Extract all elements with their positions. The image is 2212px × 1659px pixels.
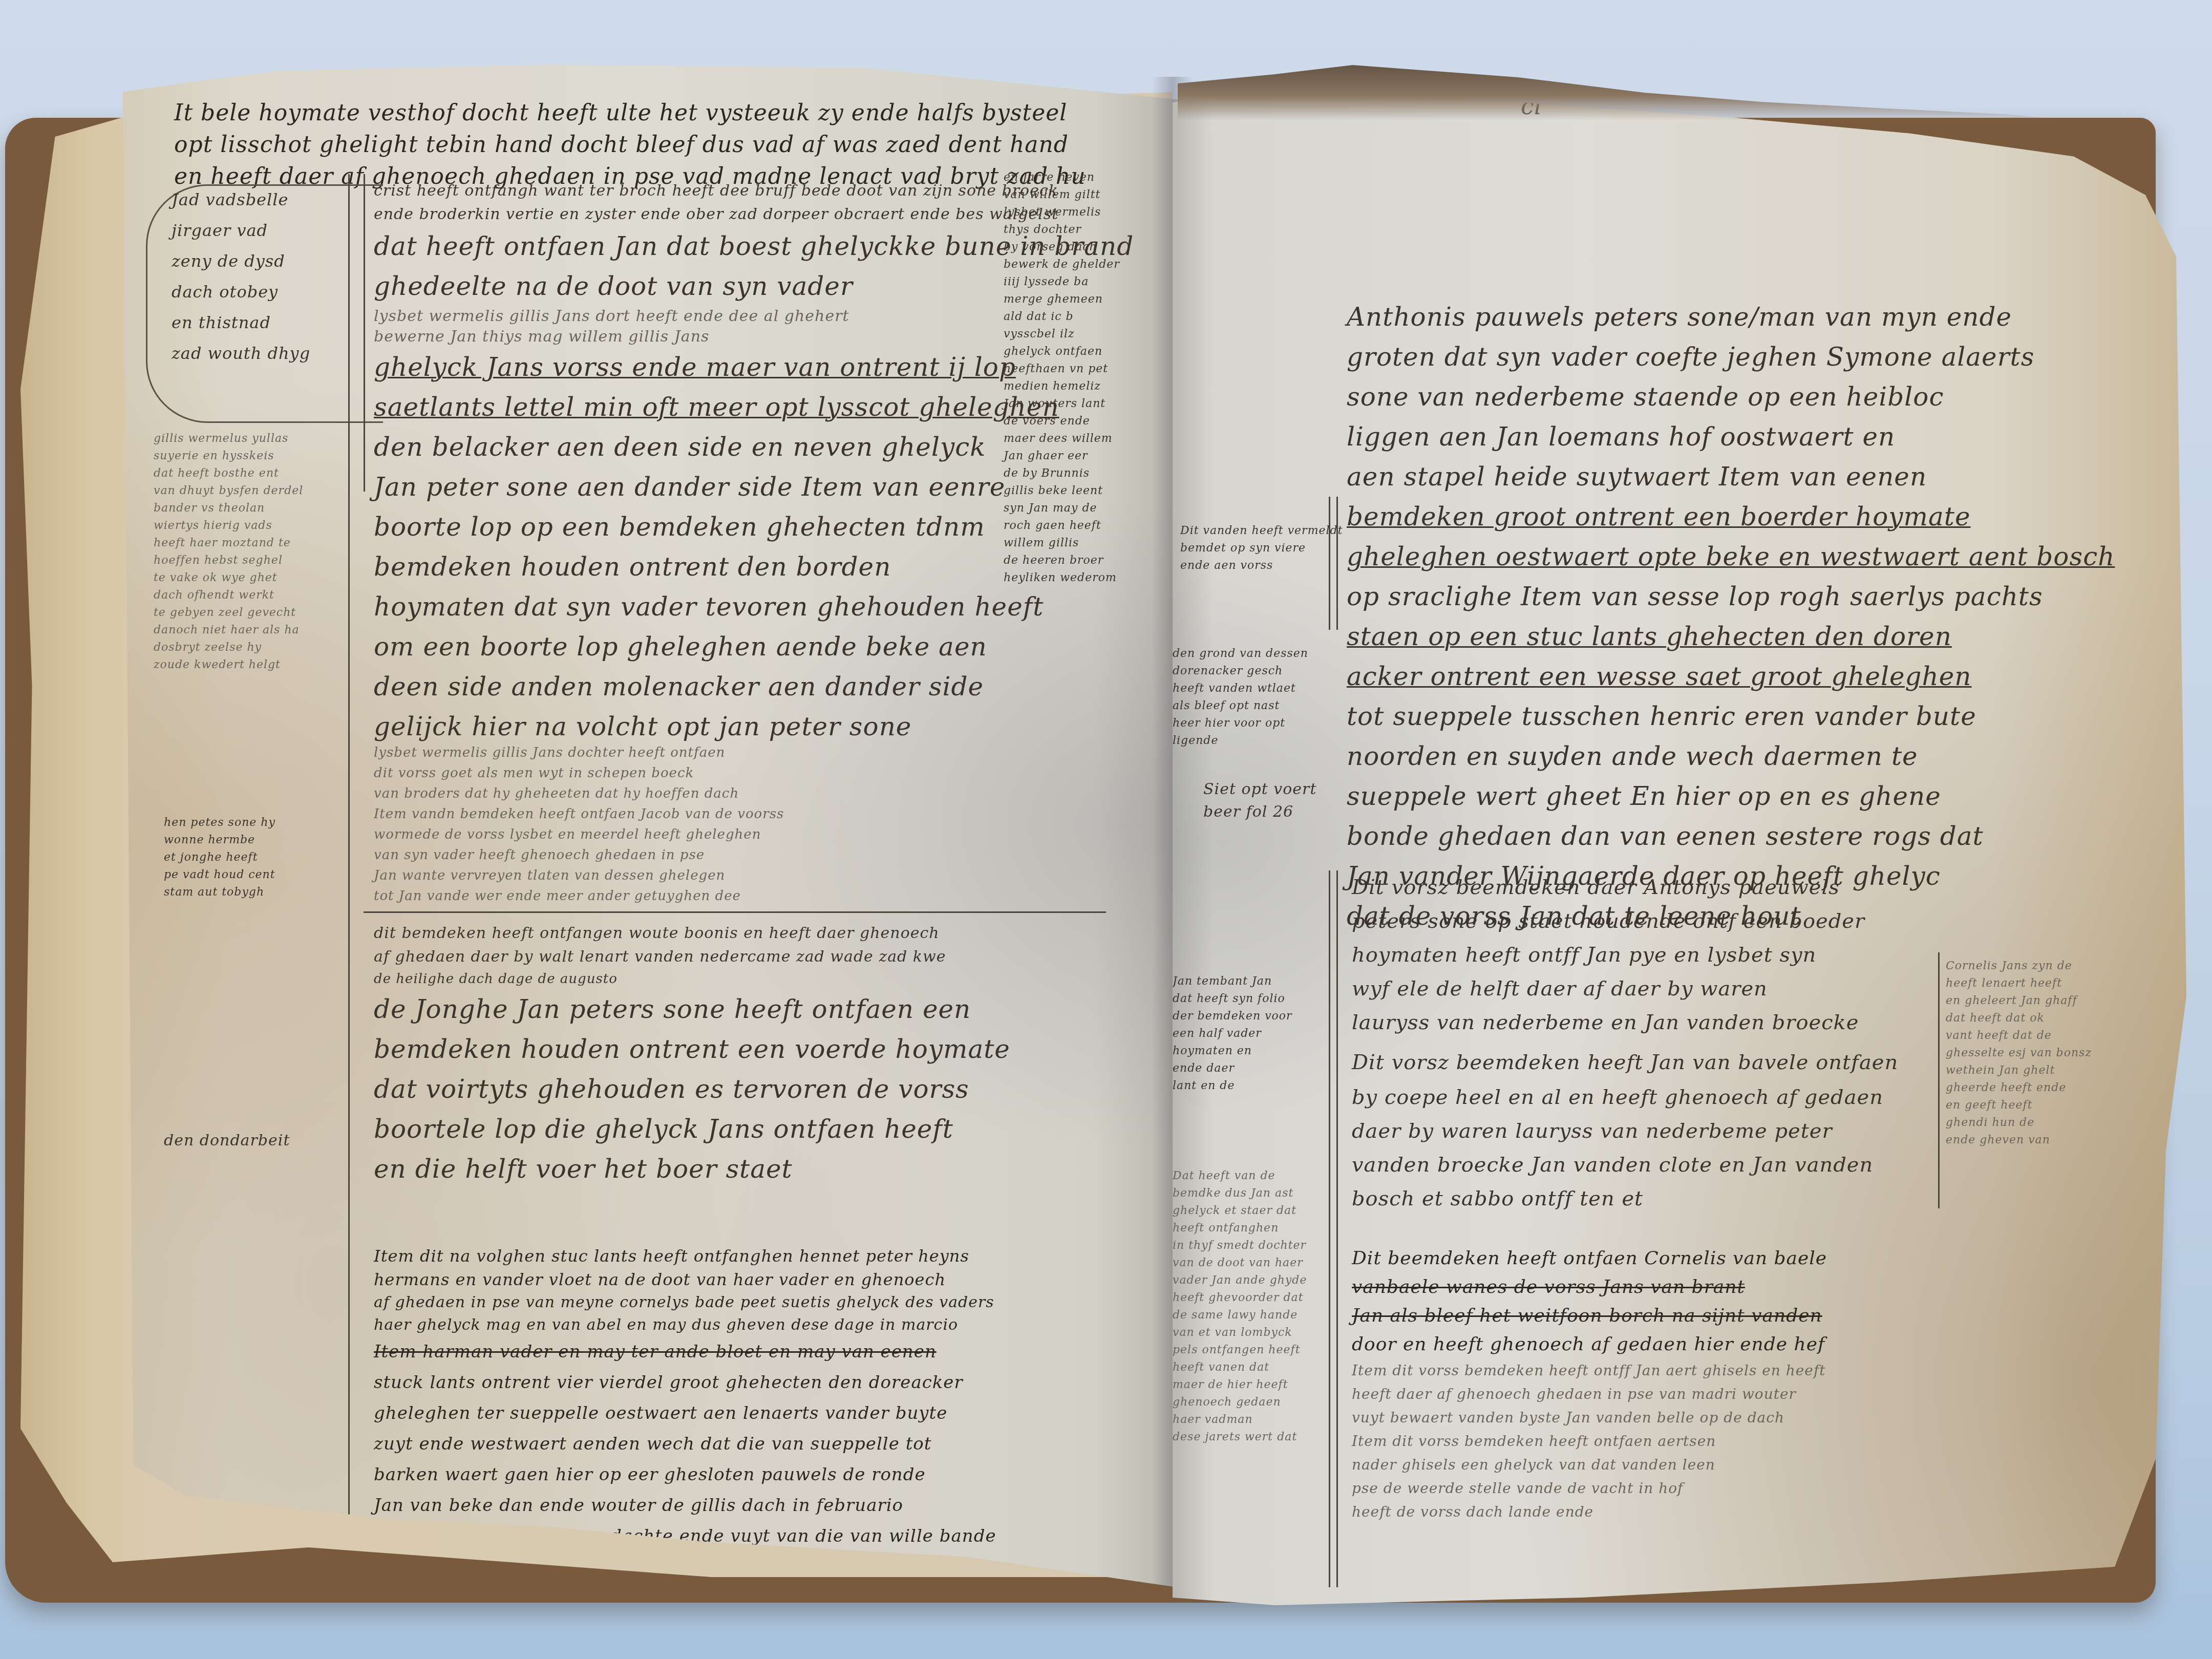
- entry-line: gheleghen ter sueppelle oestwaert aen le…: [374, 1398, 996, 1429]
- entry-line: hoymaten heeft ontff Jan pye en lysbet s…: [1352, 938, 1898, 972]
- margin-line: dat heeft syn folio: [1173, 990, 1292, 1008]
- margin-line: heeft ontfanghen: [1173, 1220, 1307, 1237]
- gutter-line: willem gillis: [1004, 535, 1120, 552]
- gutter-line: gillis beke leent: [1004, 482, 1120, 500]
- entry-line: noorden en suyden ande wech daermen te: [1347, 736, 2115, 776]
- entry-line-underlined: gheleghen oestwaert opte beke en westwae…: [1347, 537, 2115, 577]
- margin-line: hen petes sone hy: [164, 814, 275, 832]
- gutter-line: lysbet wermelis: [1004, 204, 1120, 221]
- entry-line: gelijck hier na volcht opt jan peter son…: [374, 707, 1134, 747]
- gutter-line: ghelyck ontfaen: [1004, 343, 1120, 360]
- gutter-line: by vorseg dach: [1004, 239, 1120, 256]
- entry-3: dit bemdeken heeft ontfangen woute booni…: [374, 922, 1010, 1189]
- gutter-line: merge ghemeen: [1004, 291, 1120, 308]
- margin-line: wethein Jan ghelt: [1946, 1062, 2092, 1079]
- margin-line: beer fol 26: [1203, 801, 1317, 823]
- entry-line: sone van nederbeme staende op een heiblo…: [1347, 377, 2115, 417]
- gutter-line: medien hemeliz: [1004, 378, 1120, 395]
- header-line: It bele hoymate vesthof docht heeft ulte…: [174, 97, 1086, 129]
- margin-note-lower-left: Jan tembant Jan dat heeft syn folio der …: [1173, 973, 1292, 1095]
- margin-note-middle-left: den grond van dessen dorenacker gesch he…: [1173, 645, 1308, 750]
- margin-line: gheerde heeft ende: [1946, 1079, 2092, 1097]
- margin-line: en geeft heeft: [1946, 1097, 2092, 1114]
- gutter-line: de by Brunnis: [1004, 465, 1120, 482]
- entry-line: boortele lop die ghelyck Jans ontfaen he…: [374, 1109, 1010, 1149]
- margin-line: danoch niet haer als ha: [154, 622, 303, 639]
- gutter-line: heefthaen vn pet: [1004, 360, 1120, 378]
- margin-note-top: Jad vadsbelle jirgaer vad zeny de dysd d…: [172, 184, 310, 369]
- entry-separator: [364, 911, 1106, 913]
- entry-line: Dit vorsz beemdeken heeft Jan van bavele…: [1352, 1045, 1898, 1080]
- gutter-line: syn Jan may de: [1004, 500, 1120, 517]
- entry-line: van syn vader heeft ghenoech ghedaen in …: [374, 845, 784, 865]
- margin-line: de same lawy hande: [1173, 1307, 1307, 1324]
- margin-line: dat heeft dat ok: [1946, 1010, 2092, 1027]
- entry-line: dit vorss goet als men wyt in schepen bo…: [374, 763, 784, 783]
- entry-line: Dit vorsz beemdeken daer Antonys paeuwel…: [1352, 870, 1898, 904]
- margin-line: Cornelis Jans zyn de: [1946, 958, 2092, 975]
- margin-rule: [348, 174, 350, 1531]
- entry-line: heeft daer af ghenoech ghedaen in pse va…: [1352, 1382, 1827, 1406]
- entry-2: lysbet wermelis gillis Jans dochter heef…: [374, 742, 784, 906]
- entry-line: liggen aen Jan loemans hof oostwaert en: [1347, 417, 2115, 457]
- margin-line: bander vs theolan: [154, 500, 303, 517]
- entry-line: de heilighe dach dage de augusto: [374, 969, 1010, 989]
- entry-line: heeft de vorss dach lande ende: [1352, 1500, 1827, 1524]
- entry-line: af ghedaen daer by walt lenart vanden ne…: [374, 945, 1010, 969]
- entry-line: deen side anden molenacker aen dander si…: [374, 667, 1134, 707]
- entry-line: Item vandn bemdeken heeft ontfaen Jacob …: [374, 804, 784, 824]
- margin-note-lower: hen petes sone hy wonne hermbe et jonghe…: [164, 814, 275, 901]
- burnt-page-edge: [1178, 59, 2151, 120]
- entry-line: om een boorte lop gheleghen aende beke a…: [374, 627, 1134, 667]
- margin-rule: [1938, 952, 1940, 1208]
- entry-line: barken waert gaen hier op eer ghesloten …: [374, 1459, 996, 1490]
- margin-line: der bemdeken voor: [1173, 1008, 1292, 1025]
- gutter-column: en Jarre neven van willem giltt lysbet w…: [1004, 169, 1120, 587]
- margin-line: stam aut tobygh: [164, 884, 275, 901]
- entry-line: daer by waren lauryss van nederbeme pete…: [1352, 1114, 1898, 1148]
- margin-line: vader Jan ande ghyde: [1173, 1272, 1307, 1289]
- margin-line: te gebyen zeel gevecht: [154, 604, 303, 622]
- gutter-line: de heeren broer: [1004, 552, 1120, 569]
- margin-line: dorenacker gesch: [1173, 663, 1308, 680]
- margin-line: ende gheven van: [1946, 1132, 2092, 1149]
- margin-line: ghendi hun de: [1946, 1114, 2092, 1132]
- entry-line: aen stapel heide suytwaert Item van eene…: [1347, 457, 2115, 497]
- entry-line: Anthonis pauwels peters sone/man van myn…: [1347, 297, 2115, 337]
- margin-line: haer vadman: [1173, 1411, 1307, 1429]
- margin-rule: [364, 174, 365, 492]
- margin-line: pe vadt houd cent: [164, 866, 275, 884]
- open-manuscript: It bele hoymate vesthof docht heeft ulte…: [0, 0, 2212, 1659]
- gutter-line: heyliken wederom: [1004, 569, 1120, 587]
- margin-line: gillis wermelus yullas: [154, 430, 303, 448]
- margin-line: ghenoech gedaen: [1173, 1394, 1307, 1411]
- entry-line-struck: vanbaele wanes de vorss Jans van brant: [1352, 1273, 1827, 1302]
- margin-line: wonne hermbe: [164, 832, 275, 849]
- margin-line: dese jarets wert dat: [1173, 1429, 1307, 1446]
- entry-line: vanden broecke Jan vanden clote en Jan v…: [1352, 1148, 1898, 1182]
- right-entry-3: Dit beemdeken heeft ontfaen Cornelis van…: [1352, 1244, 1827, 1524]
- margin-line: van de doot van haer: [1173, 1254, 1307, 1272]
- margin-note-mid: gillis wermelus yullas suyerie en hysske…: [154, 430, 303, 674]
- margin-line: dat heeft bosthe ent: [154, 465, 303, 482]
- entry-line: Item dit vorss bemdeken heeft ontff Jan …: [1352, 1359, 1827, 1382]
- entry-line: Item dit vorss bemdeken heeft ontfaen ae…: [1352, 1430, 1827, 1453]
- header-line: opt lisschot ghelight tebin hand docht b…: [174, 129, 1086, 161]
- margin-line: Jad vadsbelle: [172, 184, 310, 215]
- margin-line: Jan tembant Jan: [1173, 973, 1292, 990]
- margin-line: hoeffen hebst seghel: [154, 552, 303, 569]
- margin-note-bottom-left: Dat heeft van de bemdke dus Jan ast ghel…: [1173, 1167, 1307, 1446]
- entry-line: bonde ghedaen dan van eenen sestere rogs…: [1347, 816, 2115, 856]
- entry-line: by coepe heel en al en heeft ghenoech af…: [1352, 1080, 1898, 1114]
- entry-line: op sraclighe Item van sesse lop rogh sae…: [1347, 577, 2115, 616]
- entry-line-underlined: acker ontrent een wesse saet groot ghele…: [1347, 656, 2115, 696]
- margin-line: pels ontfangen heeft: [1173, 1342, 1307, 1359]
- gutter-line: bewerk de ghelder: [1004, 256, 1120, 273]
- entry-line: tot sueppele tusschen henric eren vander…: [1347, 696, 2115, 736]
- margin-line: bemdet op syn viere: [1180, 540, 1343, 557]
- entry-line: lauryss van nederbeme en Jan vanden broe…: [1352, 1006, 1898, 1039]
- margin-line: ende daer: [1173, 1060, 1292, 1077]
- entry-line: hoymaten dat syn vader tevoren ghehouden…: [374, 587, 1134, 627]
- entry-line: zuyt ende westwaert aenden wech dat die …: [374, 1429, 996, 1459]
- margin-line: et jonghe heeft: [164, 849, 275, 866]
- entry-line: Item dit na volghen stuc lants heeft ont…: [374, 1244, 996, 1268]
- entry-line: af ghedaen in pse van meyne cornelys bad…: [374, 1291, 996, 1314]
- entry-line: stuck lants ontrent vier vierdel groot g…: [374, 1367, 996, 1398]
- margin-line: van dhuyt bysfen derdel: [154, 482, 303, 500]
- entry-line-underlined: bemdeken groot ontrent een boerder hoyma…: [1347, 497, 2115, 537]
- entry-line: peters sone op staet houdende ontf een b…: [1352, 904, 1898, 938]
- margin-line: suyerie en hysskeis: [154, 448, 303, 465]
- entry-line: Jan van beke dan ende wouter de gillis d…: [374, 1490, 996, 1521]
- gutter-line: ald dat ic b: [1004, 308, 1120, 326]
- gutter-line: maer dees willem: [1004, 430, 1120, 448]
- left-page: It bele hoymate vesthof docht heeft ulte…: [123, 61, 1178, 1587]
- entry-line: sueppele wert gheet En hier op en es ghe…: [1347, 776, 2115, 816]
- margin-line: heeft vanen dat: [1173, 1359, 1307, 1376]
- entry-line-underlined: staen op een stuc lants ghehecten den do…: [1347, 616, 2115, 656]
- gutter-line: en Jarre neven: [1004, 169, 1120, 186]
- margin-line: heeft lenaert heeft: [1946, 975, 2092, 992]
- entry-line-struck: Jan als bleef het weitfoon borch na sijn…: [1352, 1302, 1827, 1330]
- margin-line: maer de hier heeft: [1173, 1376, 1307, 1394]
- margin-line: te vake ok wye ghet: [154, 569, 303, 587]
- margin-line: van et van lombyck: [1173, 1324, 1307, 1342]
- margin-line: Dat heeft van de: [1173, 1167, 1307, 1185]
- margin-line: lant en de: [1173, 1077, 1292, 1095]
- gutter-line: de voers ende: [1004, 413, 1120, 430]
- entry-line: Jan wante vervreyen tlaten van dessen gh…: [374, 865, 784, 886]
- entry-line-struck: Item harman vader en may ter ande bloet …: [374, 1336, 996, 1367]
- gutter-line: roch gaen heeft: [1004, 517, 1120, 535]
- entry-line: pse de weerde stelle vande de vacht in h…: [1352, 1477, 1827, 1500]
- entry-line: bosch et sabbo ontff ten et: [1352, 1182, 1898, 1216]
- entry-line: door en heeft ghenoech af gedaen hier en…: [1352, 1330, 1827, 1359]
- margin-line: heeft ghevoorder dat: [1173, 1289, 1307, 1307]
- margin-line: Siet opt voert: [1203, 778, 1317, 801]
- gutter-line: thys dochter: [1004, 221, 1120, 239]
- entry-line: hermans en vander vloet na de doot van h…: [374, 1268, 996, 1291]
- margin-line: een half vader: [1173, 1025, 1292, 1043]
- margin-line: heer hier voor opt: [1173, 715, 1308, 732]
- margin-line: ligende: [1173, 732, 1308, 750]
- margin-line: bemdke dus Jan ast: [1173, 1185, 1307, 1202]
- margin-rule: [1336, 870, 1338, 1587]
- gutter-line: iiij lyssede ba: [1004, 273, 1120, 291]
- gutter-line: vysscbel ilz: [1004, 326, 1120, 343]
- gutter-line: Jan wouters lant: [1004, 395, 1120, 413]
- margin-line: den grond van dessen: [1173, 645, 1308, 663]
- entry-line: vuyt bewaert vanden byste Jan vanden bel…: [1352, 1406, 1827, 1430]
- margin-line: heeft haer moztand te: [154, 535, 303, 552]
- margin-note-far-right: Cornelis Jans zyn de heeft lenaert heeft…: [1946, 958, 2092, 1149]
- gutter-line: van willem giltt: [1004, 186, 1120, 204]
- entry-line: haer ghelyck mag en van abel en may dus …: [374, 1314, 996, 1336]
- margin-line: dosbryt zeelse hy: [154, 639, 303, 656]
- margin-line: en thistnad: [172, 307, 310, 338]
- entry-line: de Jonghe Jan peters sone heeft ontfaen …: [374, 989, 1010, 1029]
- entry-line: van broders dat hy gheheeten dat hy hoef…: [374, 783, 784, 804]
- margin-line: zoude kwedert helgt: [154, 656, 303, 674]
- entry-line: dit bemdeken heeft ontfangen woute booni…: [374, 922, 1010, 945]
- margin-note-upper-left: Dit vanden heeft vermeldt bemdet op syn …: [1180, 522, 1343, 575]
- margin-line: zad wouth dhyg: [172, 338, 310, 369]
- margin-line: ende aen vorss: [1180, 557, 1343, 575]
- entry-line: Dit beemdeken heeft ontfaen Cornelis van…: [1352, 1244, 1827, 1273]
- margin-line: zeny de dysd: [172, 246, 310, 276]
- left-header: It bele hoymate vesthof docht heeft ulte…: [174, 97, 1086, 193]
- right-entry-2: Dit vorsz beemdeken daer Antonys paeuwel…: [1352, 870, 1898, 1216]
- entry-line: wormede de vorss lysbet en meerdel heeft…: [374, 824, 784, 845]
- gutter-line: Jan ghaer eer: [1004, 448, 1120, 465]
- margin-line: dach otobey: [172, 276, 310, 307]
- margin-line: hoymaten en: [1173, 1043, 1292, 1060]
- margin-line: ghesselte esj van bonsz: [1946, 1045, 2092, 1062]
- margin-line: heeft vanden wtlaet: [1173, 680, 1308, 697]
- right-page: ci Anthonis pauwels peters sone/man van …: [1173, 72, 2197, 1613]
- right-entry-1: Anthonis pauwels peters sone/man van myn…: [1347, 297, 2115, 936]
- entry-5: Item dit stuc voers doornacker heeft ont…: [374, 1603, 964, 1624]
- margin-line: in thyf smedt dochter: [1173, 1237, 1307, 1254]
- margin-line: wiertys hierig vads: [154, 517, 303, 535]
- margin-line: als bleef opt nast: [1173, 697, 1308, 715]
- margin-line: en gheleert Jan ghaff: [1946, 992, 2092, 1010]
- entry-line: en die helft voer het boer staet: [374, 1149, 1010, 1189]
- entry-line: wyf ele de helft daer af daer by waren: [1352, 972, 1898, 1006]
- entry-line: Item dit stuc voers doornacker heeft ont…: [374, 1603, 964, 1624]
- margin-note-bottom: den dondarbeit: [164, 1132, 290, 1150]
- margin-line: ghelyck et staer dat: [1173, 1202, 1307, 1220]
- entry-line: tot Jan vande wer ende meer ander getuyg…: [374, 886, 784, 906]
- entry-line: bemdeken houden ontrent een voerde hoyma…: [374, 1029, 1010, 1069]
- entry-line: groten dat syn vader coefte jeghen Symon…: [1347, 337, 2115, 377]
- margin-note-crossref: Siet opt voert beer fol 26: [1203, 778, 1317, 823]
- margin-line: Dit vanden heeft vermeldt: [1180, 522, 1343, 540]
- margin-line: jirgaer vad: [172, 215, 310, 246]
- entry-line: lysbet wermelis gillis Jans dochter heef…: [374, 742, 784, 763]
- margin-line: dach ofhendt werkt: [154, 587, 303, 604]
- margin-rule: [1329, 870, 1330, 1587]
- margin-line: vant heeft dat de: [1946, 1027, 2092, 1045]
- entry-line: dat voirtyts ghehouden es tervoren de vo…: [374, 1069, 1010, 1109]
- entry-line: nader ghisels een ghelyck van dat vanden…: [1352, 1453, 1827, 1477]
